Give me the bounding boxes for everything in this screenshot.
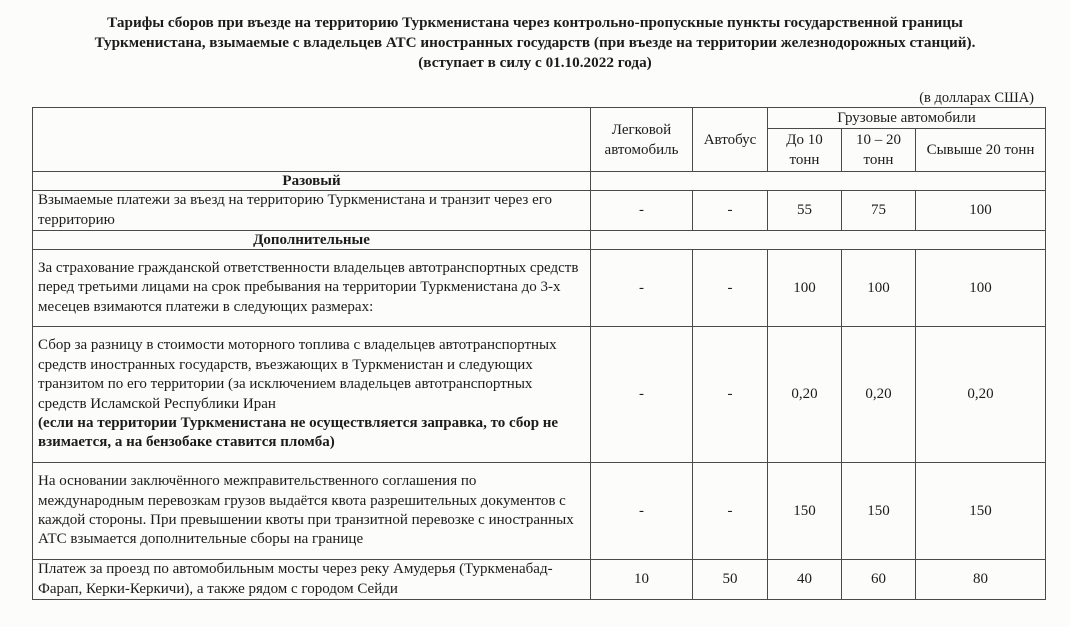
cell-car: - — [591, 327, 693, 463]
table-row: За страхование гражданской ответственнос… — [33, 250, 1046, 327]
header-car-label: Легковой автомобиль — [596, 120, 688, 160]
cell-truck-10-20: 75 — [842, 191, 916, 231]
title-line-1: Тарифы сборов при въезде на территорию Т… — [0, 13, 1070, 33]
row-description: Взымаемые платежи за въезд на территорию… — [33, 191, 591, 231]
cell-truck-over-20: 0,20 — [916, 327, 1046, 463]
cell-truck-10-20: 100 — [842, 250, 916, 327]
row-description: На основании заключённого межправительст… — [33, 463, 591, 560]
cell-truck-10-20: 150 — [842, 463, 916, 560]
currency-units-note: (в долларах США) — [919, 90, 1034, 106]
title-line-2: Туркменистана, взымаемые с владельцев АТ… — [0, 33, 1070, 53]
row-description: Сбор за разницу в стоимости моторного то… — [33, 327, 591, 463]
section-row-additional: Дополнительные — [33, 231, 1046, 250]
cell-car: 10 — [591, 560, 693, 600]
header-truck-10-20: 10 – 20 тонн — [842, 129, 916, 172]
row-description-bold-note: (если на территории Туркменистана не осу… — [38, 415, 558, 450]
cell-truck-10-20: 0,20 — [842, 327, 916, 463]
header-car: Легковой автомобиль — [591, 108, 693, 172]
header-truck-over-20: Сывыше 20 тонн — [916, 129, 1046, 172]
cell-truck-up-to-10: 150 — [768, 463, 842, 560]
cell-truck-10-20: 60 — [842, 560, 916, 600]
cell-truck-up-to-10: 0,20 — [768, 327, 842, 463]
header-truck-10-20-line2: тонн — [842, 150, 915, 170]
header-truck-up-to-10: До 10 тонн — [768, 129, 842, 172]
row-description: Платеж за проезд по автомобильным мосты … — [33, 560, 591, 600]
cell-bus: - — [693, 191, 768, 231]
cell-bus: - — [693, 463, 768, 560]
cell-truck-up-to-10: 55 — [768, 191, 842, 231]
cell-truck-over-20: 80 — [916, 560, 1046, 600]
header-trucks-group: Грузовые автомобили — [768, 108, 1046, 129]
header-truck-10-20-line1: 10 – 20 — [842, 130, 915, 150]
section-row-one-time: Разовый — [33, 172, 1046, 191]
row-description-text: За страхование гражданской ответственнос… — [38, 260, 578, 315]
table-row: Взымаемые платежи за въезд на территорию… — [33, 191, 1046, 231]
cell-car: - — [591, 463, 693, 560]
table-row: Сбор за разницу в стоимости моторного то… — [33, 327, 1046, 463]
header-truck-up-to-10-line2: тонн — [768, 150, 841, 170]
row-description-text: Взымаемые платежи за въезд на территорию… — [38, 192, 552, 227]
cell-truck-over-20: 100 — [916, 250, 1046, 327]
section-empty-cell — [591, 172, 1046, 191]
row-description: За страхование гражданской ответственнос… — [33, 250, 591, 327]
title-line-3: (вступает в силу с 01.10.2022 года) — [0, 53, 1070, 73]
table-row: Платеж за проезд по автомобильным мосты … — [33, 560, 1046, 600]
section-label: Разовый — [33, 172, 591, 191]
table-row: На основании заключённого межправительст… — [33, 463, 1046, 560]
row-description-text: Платеж за проезд по автомобильным мосты … — [38, 561, 553, 596]
row-description-text: Сбор за разницу в стоимости моторного то… — [38, 337, 557, 411]
row-description-text: На основании заключённого межправительст… — [38, 473, 574, 547]
cell-car: - — [591, 250, 693, 327]
header-truck-up-to-10-line1: До 10 — [768, 130, 841, 150]
section-empty-cell — [591, 231, 1046, 250]
tariff-table: Легковой автомобиль Автобус Грузовые авт… — [32, 107, 1046, 600]
document-title: Тарифы сборов при въезде на территорию Т… — [0, 13, 1070, 73]
section-label: Дополнительные — [33, 231, 591, 250]
cell-bus: - — [693, 327, 768, 463]
cell-bus: - — [693, 250, 768, 327]
cell-car: - — [591, 191, 693, 231]
cell-truck-over-20: 100 — [916, 191, 1046, 231]
header-description — [33, 108, 591, 172]
cell-bus: 50 — [693, 560, 768, 600]
header-bus: Автобус — [693, 108, 768, 172]
cell-truck-up-to-10: 40 — [768, 560, 842, 600]
cell-truck-over-20: 150 — [916, 463, 1046, 560]
cell-truck-up-to-10: 100 — [768, 250, 842, 327]
